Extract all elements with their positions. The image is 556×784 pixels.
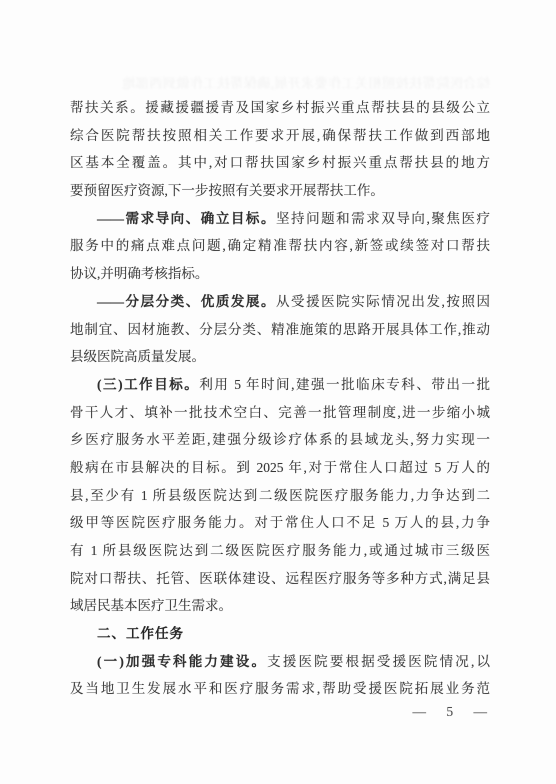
bold-lead: ——需求导向、确立目标。	[97, 211, 276, 226]
text-line: 区基本全覆盖。其中,对口帮扶国家乡村振兴重点帮扶县的地方	[70, 149, 490, 177]
text-line: 综合医院帮扶按照相关工作要求开展,确保帮扶工作做到西部地	[70, 122, 490, 150]
text-line: (三)工作目标。利用 5 年时间,建强一批临床专科、带出一批	[70, 371, 490, 399]
text-line: 乡医疗服务水平差距,建强分级诊疗体系的县域龙头,努力实现一	[70, 426, 490, 454]
text-line: 及当地卫生发展水平和医疗服务需求,帮助受援医院拓展业务范	[70, 675, 490, 703]
text-line: (一)加强专科能力建设。支援医院要根据受援医院情况,以	[70, 648, 490, 676]
bold-lead: (三)工作目标。	[97, 377, 199, 392]
text-line: 要预留医疗资源,下一步按照有关要求开展帮扶工作。	[70, 177, 490, 205]
document-page: 综合医院帮扶按照相关工作要求开展,确保帮扶工作做到西部地 帮扶关系。援藏援疆援青…	[0, 0, 556, 784]
text-line: 有 1 所县级医院达到二级医院医疗服务能力,或通过城市三级医	[70, 537, 490, 565]
text-line: ——需求导向、确立目标。坚持问题和需求双导向,聚焦医疗	[70, 205, 490, 233]
text-line: ——分层分类、优质发展。从受援医院实际情况出发,按照因	[70, 288, 490, 316]
text-line: 域居民基本医疗卫生需求。	[70, 592, 490, 620]
text-line: 骨干人才、填补一批技术空白、完善一批管理制度,进一步缩小城	[70, 399, 490, 427]
text-line: 地制宜、因材施教、分层分类、精准施策的思路开展具体工作,推动	[70, 316, 490, 344]
text-line: 级甲等医院医疗服务能力。对于常住人口不足 5 万人的县,力争	[70, 509, 490, 537]
bleed-through-artifact: 综合医院帮扶按照相关工作要求开展,确保帮扶工作做到西部地	[70, 72, 490, 96]
text-line: 县,至少有 1 所县级医院达到二级医院医疗服务能力,力争达到二	[70, 482, 490, 510]
text-line: 院对口帮扶、托管、医联体建设、远程医疗服务等多种方式,满足县	[70, 565, 490, 593]
text-line: 协议,并明确考核指标。	[70, 260, 490, 288]
text-line: 县级医院高质量发展。	[70, 343, 490, 371]
text-line: 服务中的痛点难点问题,确定精准帮扶内容,新签或续签对口帮扶	[70, 232, 490, 260]
page-number: — 5 —	[413, 702, 493, 722]
bold-lead: ——分层分类、优质发展。	[97, 294, 276, 309]
section-heading: 二、工作任务	[70, 620, 490, 648]
text-line: 般病在市县解决的目标。到 2025 年,对于常住人口超过 5 万人的	[70, 454, 490, 482]
body-text: 帮扶关系。援藏援疆援青及国家乡村振兴重点帮扶县的县级公立 综合医院帮扶按照相关工…	[70, 94, 490, 703]
text-line: 帮扶关系。援藏援疆援青及国家乡村振兴重点帮扶县的县级公立	[70, 94, 490, 122]
bold-lead: (一)加强专科能力建设。	[97, 654, 267, 669]
